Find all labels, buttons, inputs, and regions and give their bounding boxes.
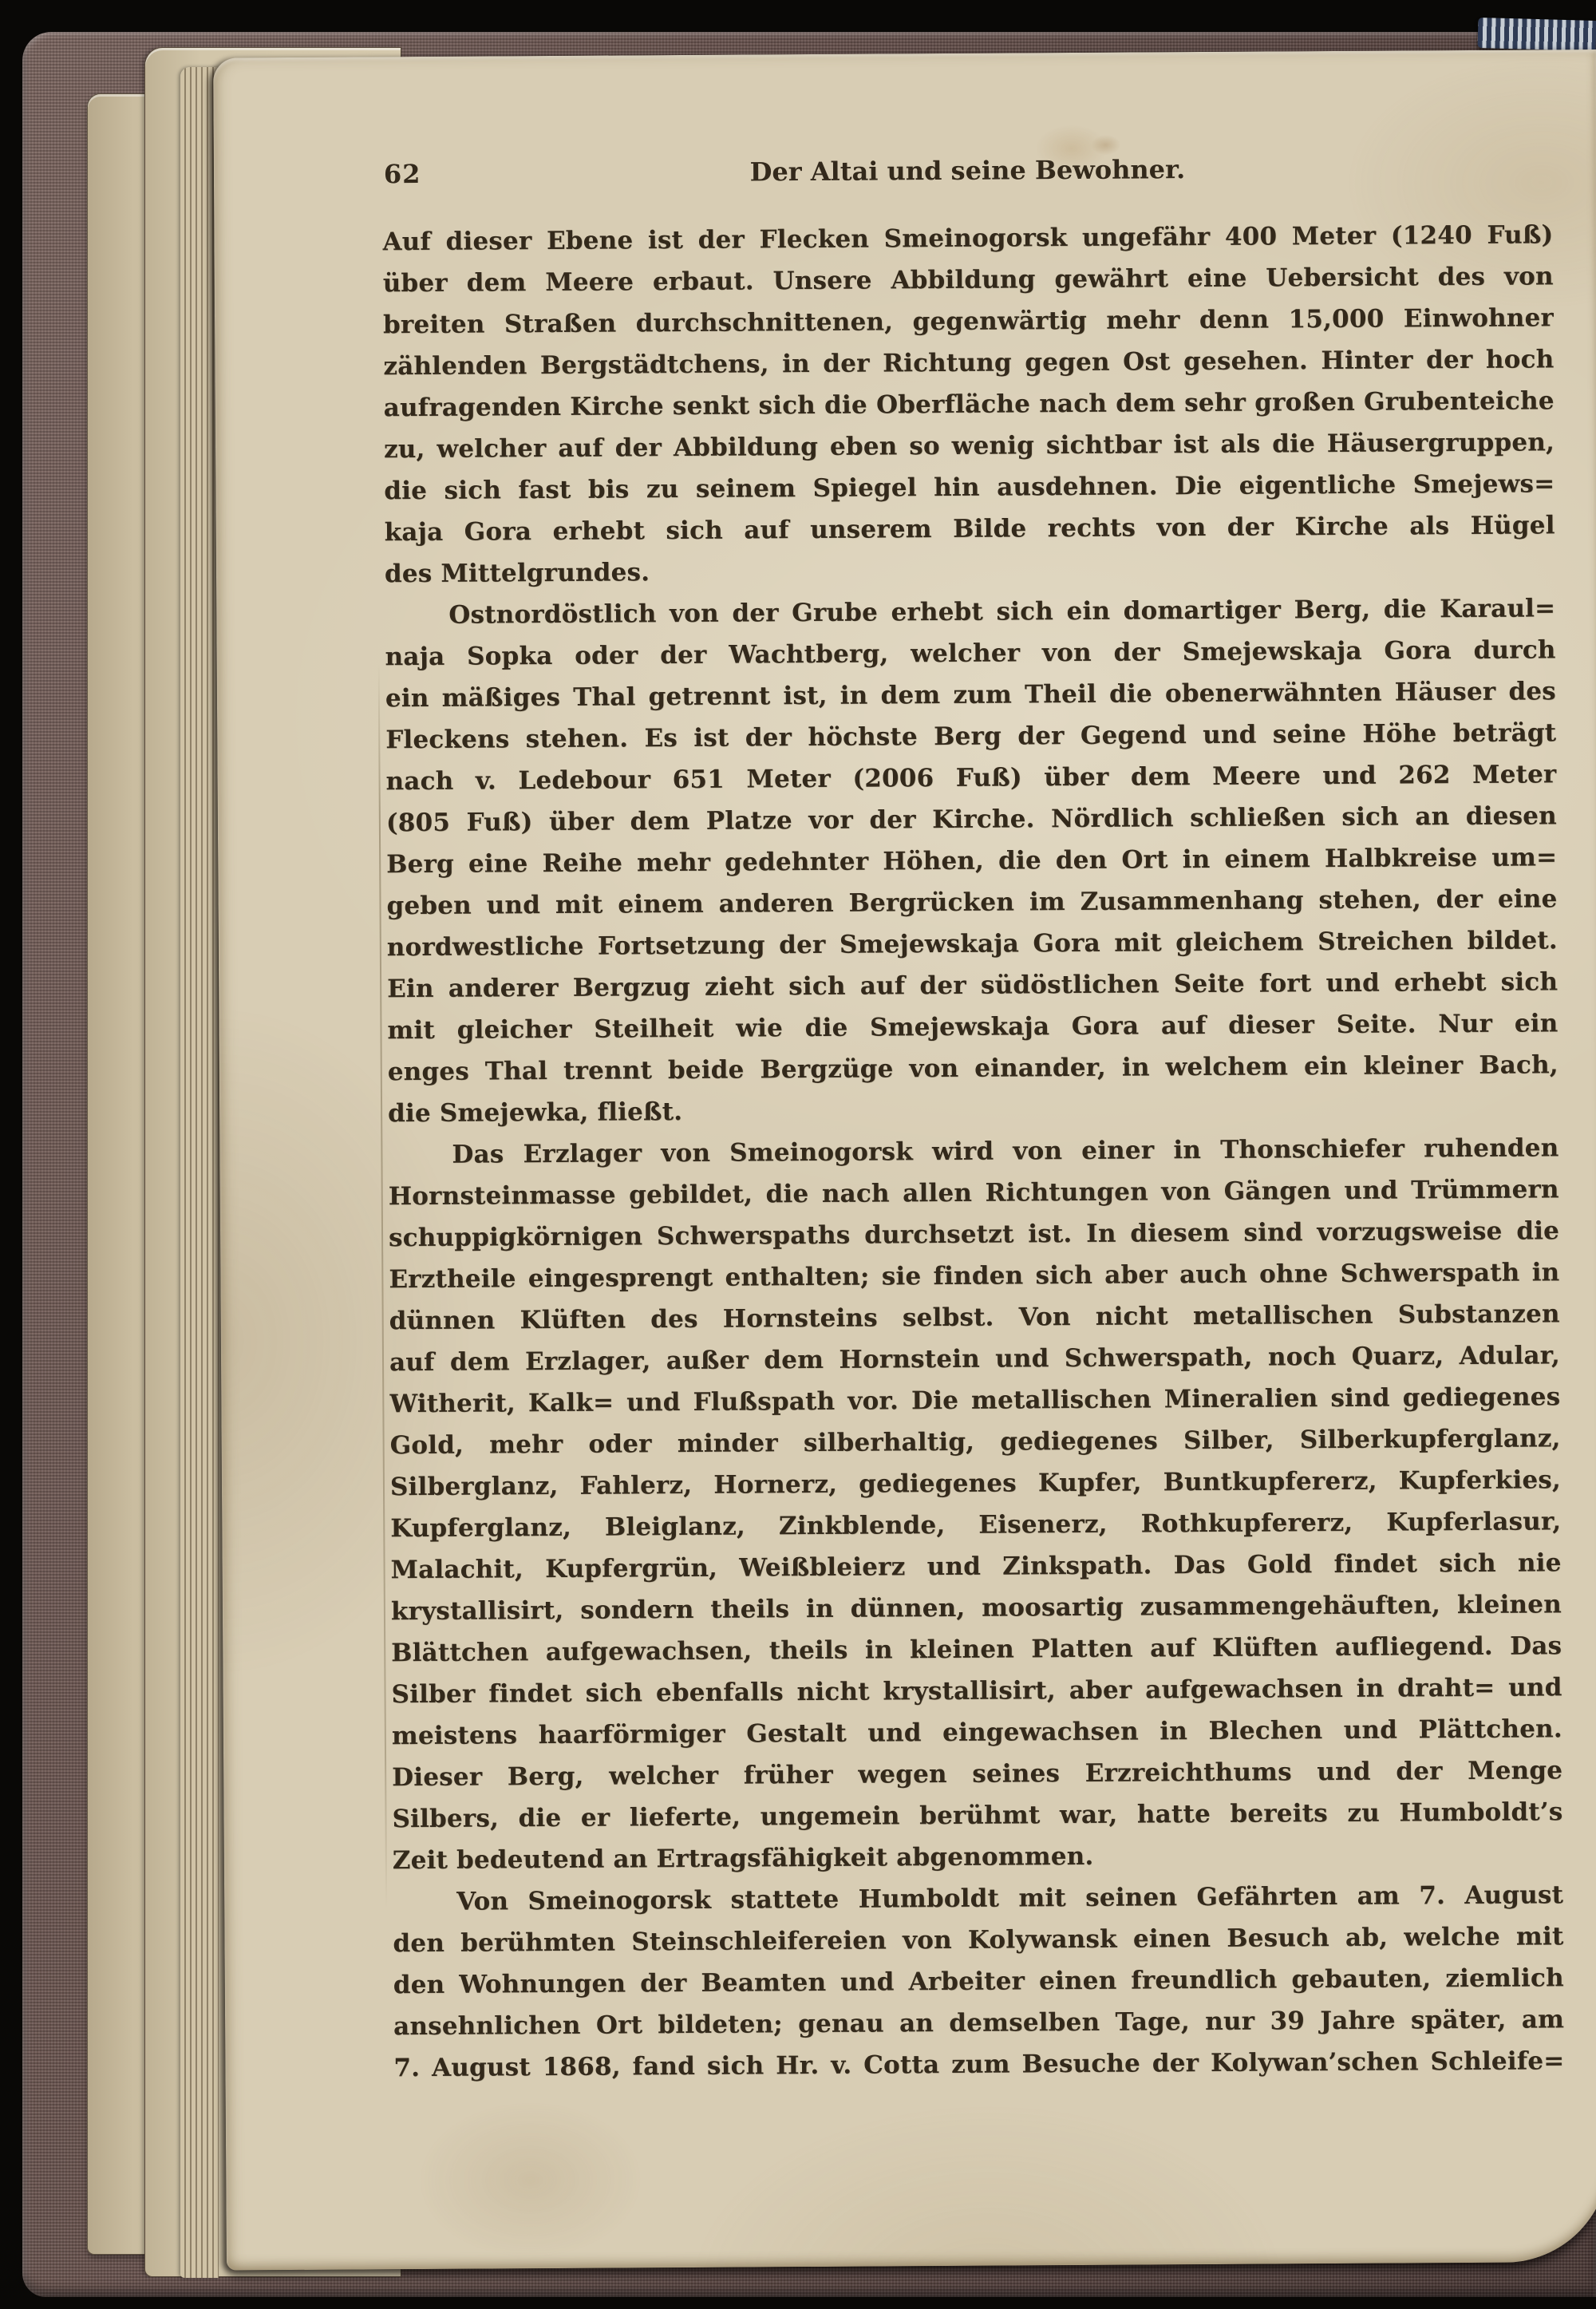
paragraph: Von Smeinogorsk stattete Humboldt mit se… <box>393 1874 1565 2089</box>
text-line: ein mäßiges Thal getrennt ist, in dem zu… <box>385 670 1556 719</box>
text-line: mit gleicher Steilheit wie die Smejewska… <box>387 1002 1558 1051</box>
page-content: 62 Der Altai und seine Bewohner. Auf die… <box>381 49 1565 2089</box>
text-line: Auf dieser Ebene ist der Flecken Smeinog… <box>382 214 1553 263</box>
page-edge-stack <box>180 67 219 2278</box>
text-line: nordwestliche Fortsetzung der Smejewskaj… <box>387 919 1558 968</box>
text-line: Gold, mehr oder minder silberhaltig, ged… <box>389 1417 1560 1466</box>
text-line: ansehnlichen Ort bildeten; genau an dems… <box>393 1999 1564 2047</box>
text-line: Hornsteinmasse gebildet, die nach allen … <box>389 1168 1559 1217</box>
text-line: breiten Straßen durchschnittenen, gegenw… <box>383 297 1554 346</box>
text-line: Malachit, Kupfergrün, Weißbleierz und Zi… <box>390 1542 1561 1591</box>
text-line: über dem Meere erbaut. Unsere Abbildung … <box>383 255 1554 304</box>
text-line: Zeit bedeutend an Ertragsfähigkeit abgen… <box>393 1833 1563 1881</box>
text-line: Silbers, die er lieferte, ungemein berüh… <box>392 1791 1562 1840</box>
page-header: 62 Der Altai und seine Bewohner. <box>382 152 1553 194</box>
scanned-page: 62 Der Altai und seine Bewohner. Auf die… <box>213 49 1596 2271</box>
text-line: zählenden Bergstädtchens, in der Richtun… <box>383 338 1554 387</box>
text-line: die Smejewka, fließt. <box>388 1085 1558 1134</box>
text-line: Kupferglanz, Bleiglanz, Zinkblende, Eise… <box>390 1500 1561 1549</box>
text-line: den berühmten Steinschleifereien von Kol… <box>393 1916 1563 1964</box>
text-line: Blättchen aufgewachsen, theils in kleine… <box>391 1625 1562 1674</box>
paragraph: Das Erzlager von Smeinogorsk wird von ei… <box>388 1127 1563 1881</box>
text-line: (805 Fuß) über dem Platze vor der Kirche… <box>386 795 1557 844</box>
text-line: zu, welcher auf der Abbildung eben so we… <box>384 421 1555 470</box>
text-line: Berg eine Reihe mehr gedehnter Höhen, di… <box>386 836 1557 885</box>
text-line: auf dem Erzlager, außer dem Hornstein un… <box>389 1334 1560 1383</box>
text-line: nach v. Ledebour 651 Meter (2006 Fuß) üb… <box>385 753 1556 802</box>
text-line: Von Smeinogorsk stattete Humboldt mit se… <box>393 1874 1563 1923</box>
book-scan-scene: 62 Der Altai und seine Bewohner. Auf die… <box>0 0 1596 2309</box>
text-line: Witherit, Kalk= und Flußspath vor. Die m… <box>389 1376 1560 1425</box>
text-line: den Wohnungen der Beamten und Arbeiter e… <box>393 1957 1564 2006</box>
text-line: enges Thal trennt beide Bergzüge von ein… <box>388 1044 1558 1093</box>
text-line: schuppigkörnigen Schwerspaths durchsetzt… <box>389 1210 1559 1259</box>
text-line: Ostnordöstlich von der Grube erhebt sich… <box>385 587 1555 636</box>
text-line: dünnen Klüften des Hornsteins selbst. Vo… <box>389 1293 1560 1342</box>
text-line: krystallisirt, sondern theils in dünnen,… <box>391 1583 1562 1632</box>
text-line: 7. August 1868, fand sich Hr. v. Cotta z… <box>393 2040 1564 2089</box>
running-title: Der Altai und seine Bewohner. <box>382 152 1553 189</box>
text-line: geben und mit einem anderen Bergrücken i… <box>386 878 1557 927</box>
text-line: Fleckens stehen. Es ist der höchste Berg… <box>385 712 1556 761</box>
paragraph: Auf dieser Ebene ist der Flecken Smeinog… <box>382 214 1555 595</box>
text-line: des Mittelgrundes. <box>385 546 1555 595</box>
text-line: Das Erzlager von Smeinogorsk wird von ei… <box>388 1127 1558 1176</box>
text-line: aufragenden Kirche senkt sich die Oberfl… <box>384 380 1555 429</box>
text-line: Silber findet sich ebenfalls nicht kryst… <box>391 1667 1562 1715</box>
text-line: naja Sopka oder der Wachtberg, welcher v… <box>385 629 1555 678</box>
text-line: meistens haarförmiger Gestalt und eingew… <box>392 1708 1562 1757</box>
headband <box>1477 18 1596 51</box>
text-line: Dieser Berg, welcher früher wegen seines… <box>392 1750 1562 1798</box>
paragraph: Ostnordöstlich von der Grube erhebt sich… <box>385 587 1558 1134</box>
text-line: Erztheile eingesprengt enthalten; sie fi… <box>389 1251 1559 1300</box>
text-line: die sich fast bis zu seinem Spiegel hin … <box>384 463 1555 512</box>
text-line: Silberglanz, Fahlerz, Hornerz, gediegene… <box>390 1459 1561 1508</box>
text-line: Ein anderer Bergzug zieht sich auf der s… <box>387 961 1558 1010</box>
body-text: Auf dieser Ebene ist der Flecken Smeinog… <box>382 214 1564 2089</box>
page-number: 62 <box>384 159 421 189</box>
text-line: kaja Gora erhebt sich auf unserem Bilde … <box>385 504 1555 553</box>
